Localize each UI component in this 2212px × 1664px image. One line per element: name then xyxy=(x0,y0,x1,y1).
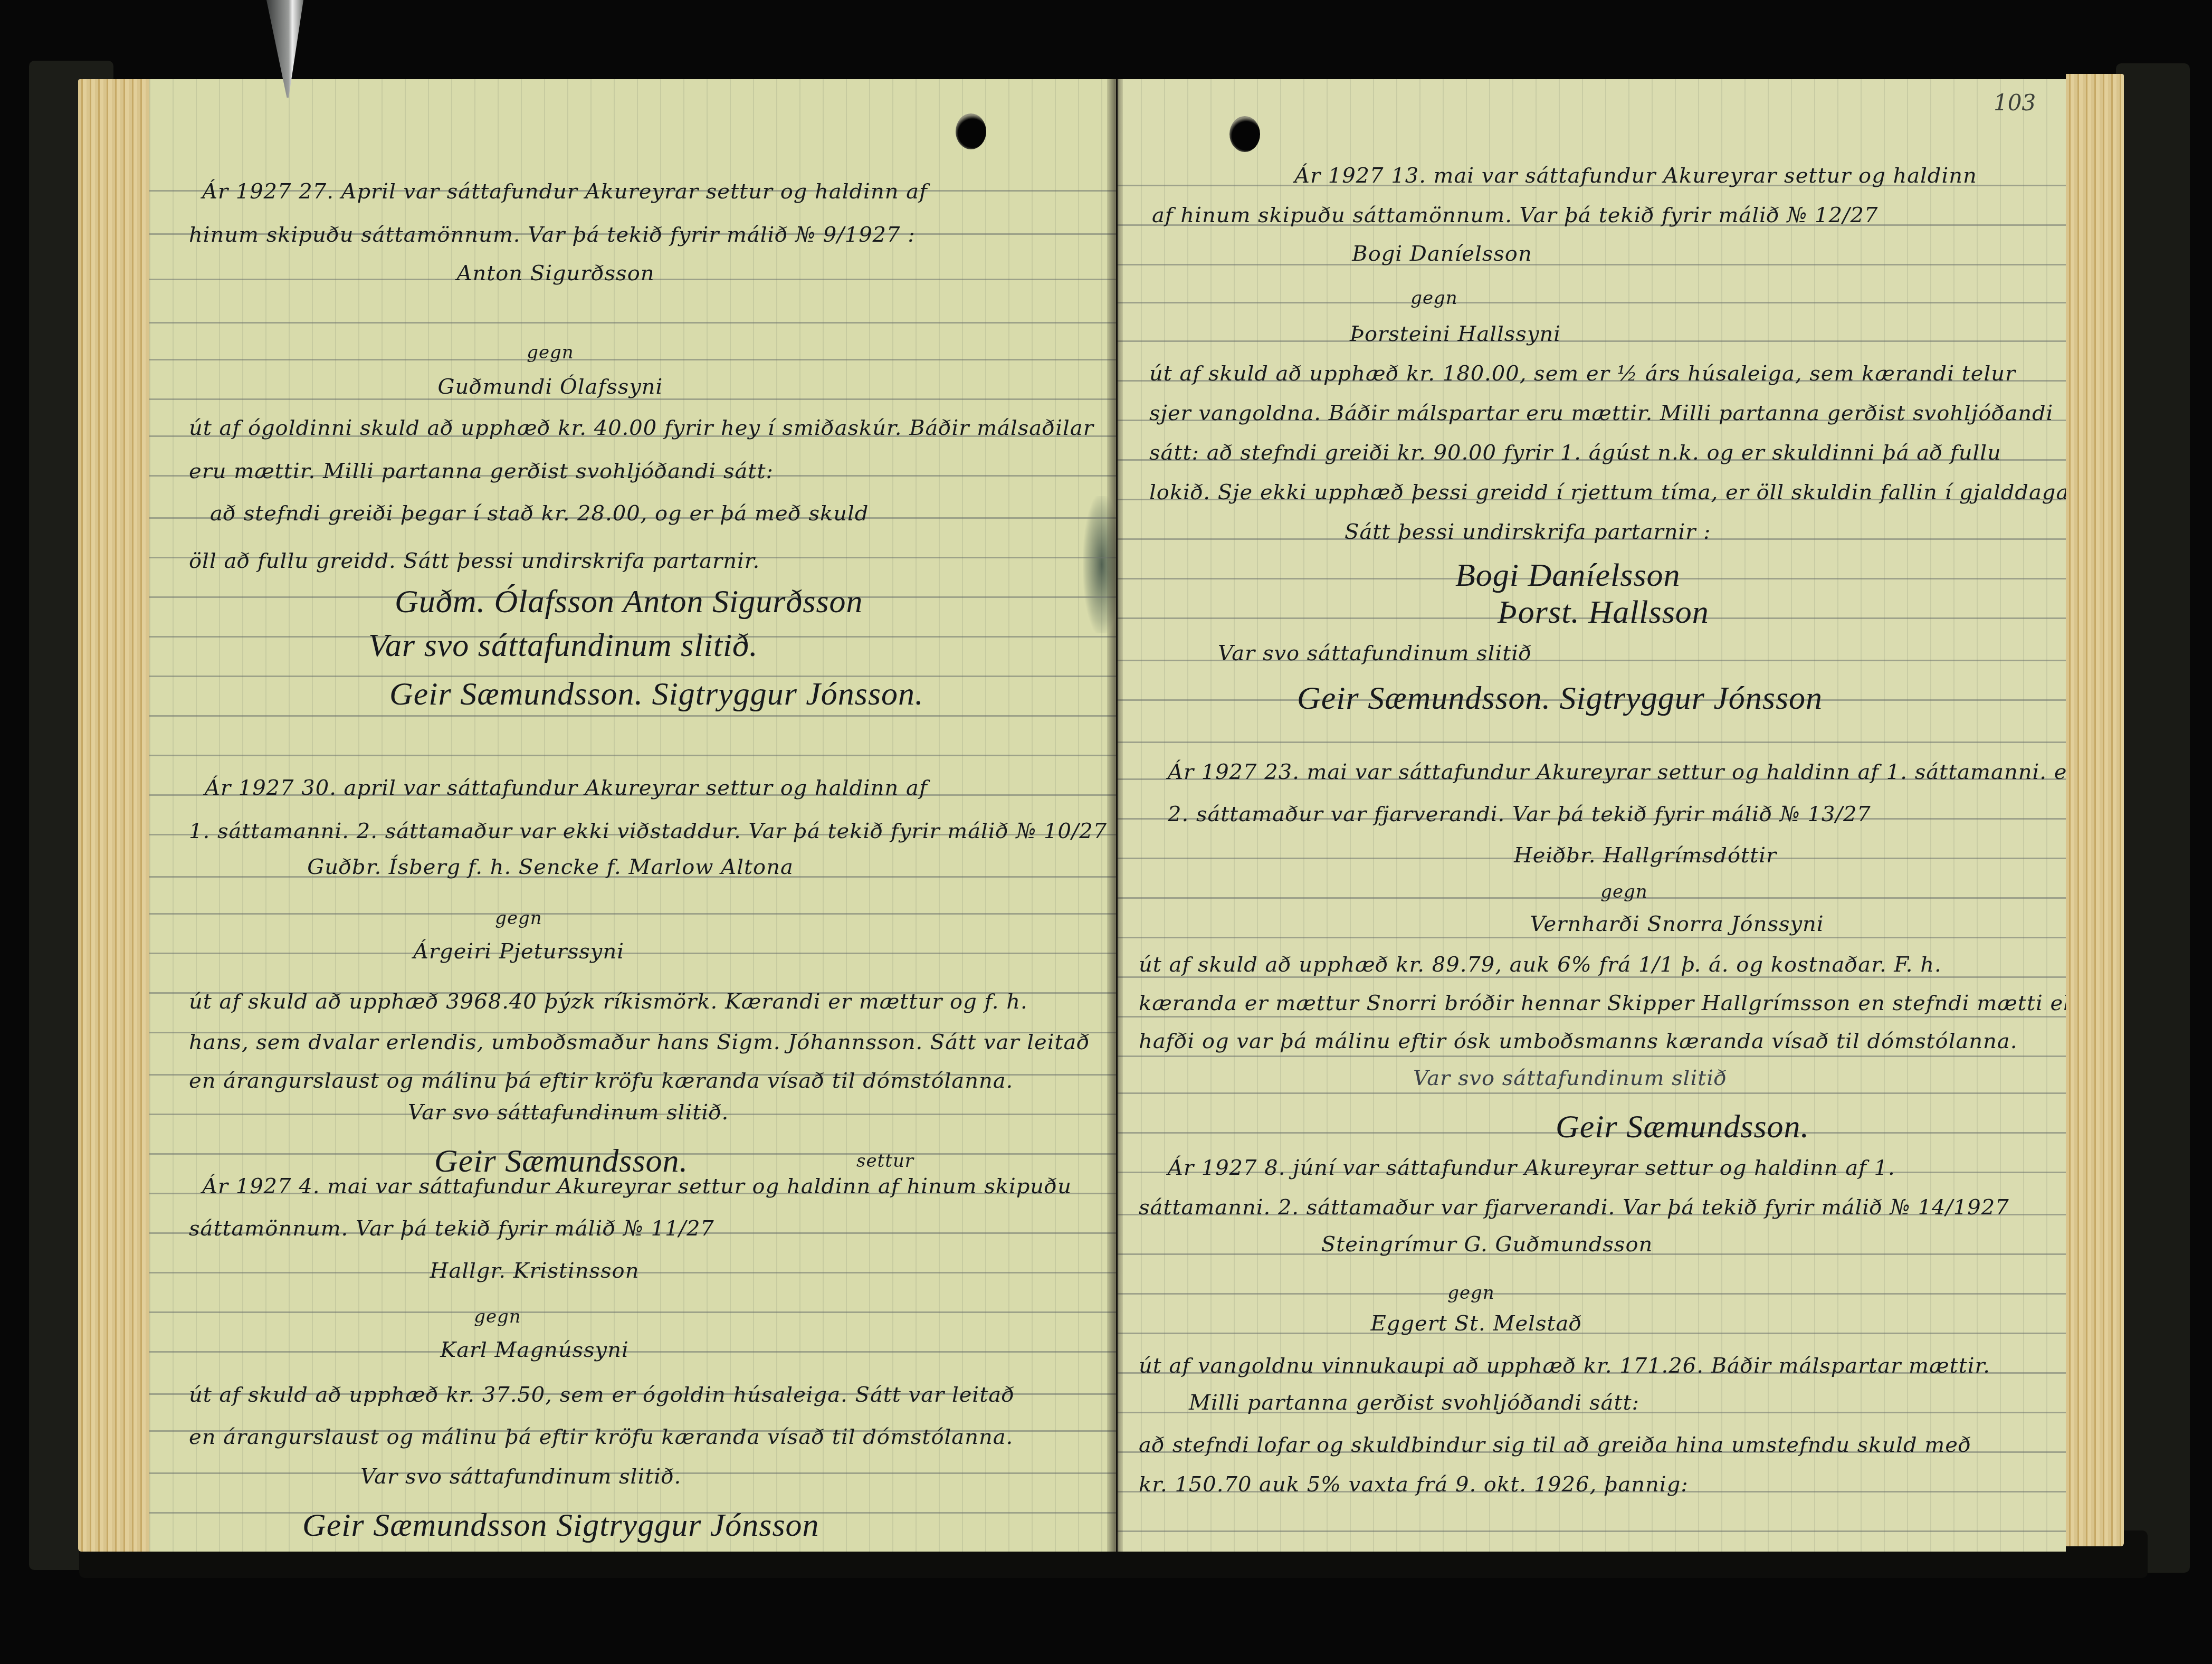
handwritten-line: Heiðbr. Hallgrímsdóttir xyxy=(1514,843,1777,868)
ruled-line xyxy=(1118,1092,2066,1094)
handwritten-line: gegn xyxy=(1600,881,1648,902)
ruled-line xyxy=(1118,302,2066,303)
ruled-line xyxy=(1118,264,2066,265)
handwritten-line: út af skuld að upphæð kr. 89.79, auk 6% … xyxy=(1139,953,1942,977)
ruled-line xyxy=(149,1351,1116,1353)
handwritten-line: að stefndi lofar og skuldbindur sig til … xyxy=(1139,1433,1971,1457)
handwritten-line: Anton Sigurðsson xyxy=(457,261,655,286)
handwritten-line: Steingrímur G. Guðmundsson xyxy=(1321,1232,1653,1257)
ruled-line xyxy=(149,1311,1116,1313)
handwritten-line: Bogi Daníelsson xyxy=(1352,242,1532,266)
handwritten-line: öll að fullu greidd. Sátt þessi undirskr… xyxy=(189,549,760,573)
ruled-line xyxy=(149,953,1116,954)
handwritten-line: Ár 1927 8. júní var sáttafundur Akureyra… xyxy=(1168,1156,1895,1180)
handwritten-line: út af skuld að upphæð kr. 37.50, sem er … xyxy=(189,1383,1015,1407)
handwritten-line: Árgeiri Pjeturssyni xyxy=(413,939,624,964)
handwritten-line: Guðmundi Ólafssyni xyxy=(438,375,663,399)
handwritten-line: Var svo sáttafundinum slitið. xyxy=(408,1100,729,1125)
handwritten-line: 2. sáttamaður var fjarverandi. Var þá te… xyxy=(1168,802,1871,826)
handwritten-line: Ár 1927 27. April var sáttafundur Akurey… xyxy=(202,179,928,204)
handwritten-line: en árangurslaust og málinu þá eftir kröf… xyxy=(189,1425,1013,1449)
handwritten-line: Vernharði Snorra Jónssyni xyxy=(1530,912,1824,936)
handwritten-line: Eggert St. Melstað xyxy=(1371,1311,1582,1336)
handwritten-line: út af ógoldinni skuld að upphæð kr. 40.0… xyxy=(189,416,1094,440)
signature-line: Var svo sáttafundinum slitið. xyxy=(368,627,758,664)
handwritten-line: settur xyxy=(856,1150,914,1172)
handwritten-line: eru mættir. Milli partanna gerðist svohl… xyxy=(189,459,774,483)
handwritten-line: Hallgr. Kristinsson xyxy=(430,1259,640,1283)
signature-line: Geir Sæmundsson. xyxy=(1556,1108,1809,1146)
handwritten-line: Ár 1927 4. mai var sáttafundur Akureyrar… xyxy=(202,1174,1072,1199)
handwritten-line: sáttamanni. 2. sáttamaður var fjarverand… xyxy=(1139,1195,2009,1220)
handwritten-line: kr. 150.70 auk 5% vaxta frá 9. okt. 1926… xyxy=(1139,1472,1689,1497)
ruled-line xyxy=(149,322,1116,324)
handwritten-line: út af skuld að upphæð 3968.40 þýzk ríkis… xyxy=(189,990,1028,1014)
book-cover-right xyxy=(2116,63,2190,1573)
handwritten-line: sátt: að stefndi greiði kr. 90.00 fyrir … xyxy=(1149,441,2001,465)
book-gutter xyxy=(1107,79,1123,1552)
handwritten-line: að stefndi greiði þegar í stað kr. 28.00… xyxy=(210,501,869,526)
handwritten-line: gegn xyxy=(495,908,542,929)
handwritten-line: Ár 1927 23. mai var sáttafundur Akureyra… xyxy=(1168,760,2066,784)
signature-line: Geir Sæmundsson. Sigtryggur Jónsson xyxy=(1297,680,1823,717)
handwritten-line: sjer vangoldna. Báðir málspartar eru mæt… xyxy=(1149,401,2053,425)
handwritten-line: Guðbr. Ísberg f. h. Sencke f. Marlow Alt… xyxy=(307,855,793,879)
ruled-line xyxy=(1118,340,2066,342)
ruled-line xyxy=(1118,1056,2066,1057)
left-page: Ár 1927 27. April var sáttafundur Akurey… xyxy=(149,79,1116,1552)
ruled-line xyxy=(1118,897,2066,899)
handwritten-line: Var svo sáttafundinum slitið xyxy=(1218,641,1532,665)
handwritten-line: Var svo sáttafundinum slitið xyxy=(1413,1066,1727,1090)
ruled-line xyxy=(1118,1293,2066,1295)
signature-line: Geir Sæmundsson. Sigtryggur Jónsson. xyxy=(389,676,924,713)
handwritten-line: af hinum skipuðu sáttamönnum. Var þá tek… xyxy=(1152,203,1878,227)
handwritten-line: gegn xyxy=(1410,288,1458,309)
handwritten-line: gegn xyxy=(527,342,574,363)
handwritten-line: út af skuld að upphæð kr. 180.00, sem er… xyxy=(1149,362,2016,386)
handwritten-line: hans, sem dvalar erlendis, umboðsmaður h… xyxy=(189,1030,1090,1054)
ruled-line xyxy=(1118,1016,2066,1018)
handwritten-line: Ár 1927 13. mai var sáttafundur Akureyra… xyxy=(1294,164,1977,188)
handwritten-line: hafði og var þá málinu eftir ósk umboðsm… xyxy=(1139,1029,2017,1053)
signature-line: Bogi Daníelsson xyxy=(1455,557,1681,594)
page-stack-edge-right xyxy=(2066,74,2124,1546)
page-number: 103 xyxy=(1994,90,2036,116)
punch-hole-icon xyxy=(956,113,986,149)
handwritten-line: Ár 1927 30. april var sáttafundur Akurey… xyxy=(205,776,928,800)
signature-line: Geir Sæmundsson Sigtryggur Jónsson xyxy=(302,1507,819,1544)
signature-line: Guðm. Ólafsson Anton Sigurðsson xyxy=(395,583,863,621)
ruled-line xyxy=(1118,1333,2066,1334)
handwritten-line: Var svo sáttafundinum slitið. xyxy=(360,1465,681,1489)
handwritten-line: gegn xyxy=(474,1306,521,1327)
ruled-line xyxy=(1118,937,2066,938)
handwritten-line: hinum skipuðu sáttamönnum. Var þá tekið … xyxy=(189,223,916,247)
handwritten-line: sáttamönnum. Var þá tekið fyrir málið № … xyxy=(189,1216,714,1241)
handwritten-line: Þorsteini Hallssyni xyxy=(1350,322,1561,346)
handwritten-line: út af vangoldnu vinnukaupi að upphæð kr.… xyxy=(1139,1354,1990,1378)
page-stack-edge-left xyxy=(78,79,149,1552)
handwritten-line: 1. sáttamanni. 2. sáttamaður var ekki vi… xyxy=(189,819,1107,843)
handwritten-line: lokið. Sje ekki upphæð þessi greidd í rj… xyxy=(1149,480,2066,505)
ruled-line xyxy=(1118,1530,2066,1532)
handwritten-line: Sátt þessi undirskrifa partarnir : xyxy=(1345,520,1711,544)
ruled-line xyxy=(149,715,1116,717)
handwritten-line: Karl Magnússyni xyxy=(440,1338,629,1362)
handwritten-line: gegn xyxy=(1447,1282,1495,1304)
handwritten-line: Milli partanna gerðist svohljóðandi sátt… xyxy=(1189,1391,1639,1415)
punch-hole-icon xyxy=(1229,116,1260,152)
handwritten-line: kæranda er mættur Snorri bróðir hennar S… xyxy=(1139,991,2066,1015)
ruled-line xyxy=(1118,741,2066,743)
handwritten-line: en árangurslaust og málinu þá eftir kröf… xyxy=(189,1069,1013,1093)
right-page: 103 Ár 1927 13. mai var sáttafundur Akur… xyxy=(1118,79,2066,1552)
signature-line: Þorst. Hallsson xyxy=(1498,594,1709,631)
ruled-line xyxy=(149,755,1116,756)
ruled-line xyxy=(149,359,1116,360)
ruled-line xyxy=(149,913,1116,915)
